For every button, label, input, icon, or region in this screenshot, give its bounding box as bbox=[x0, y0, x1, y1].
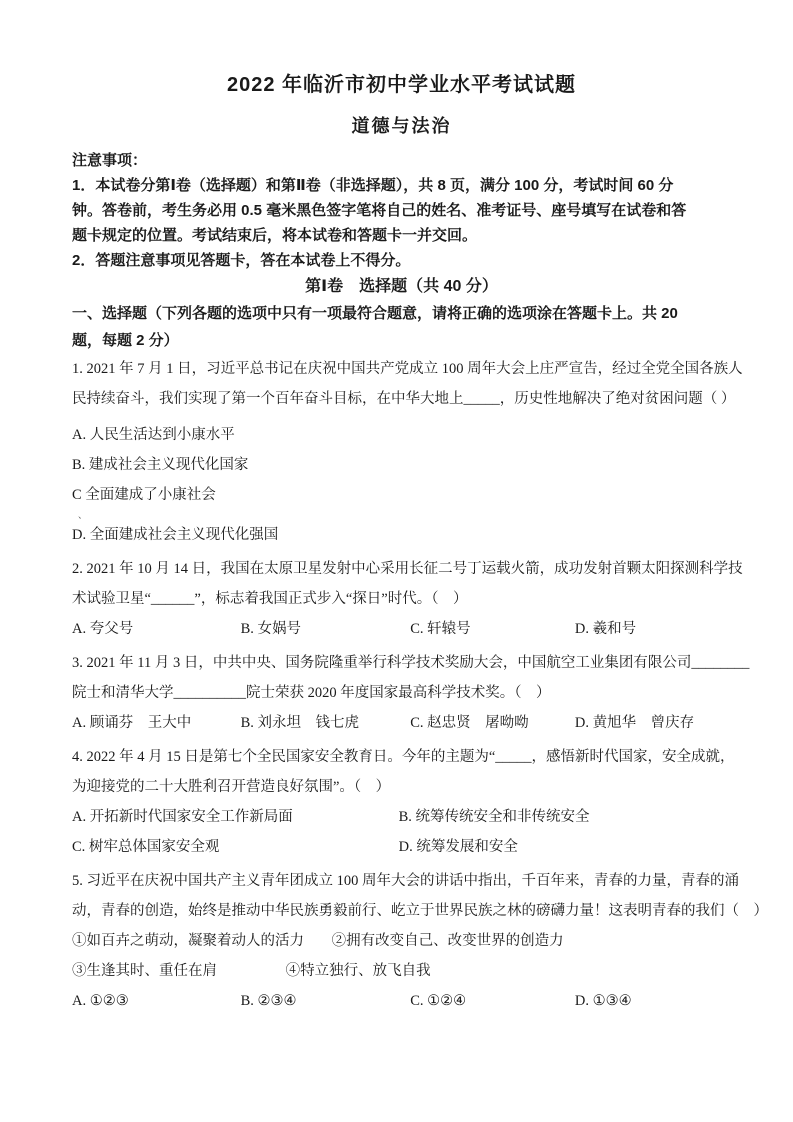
question-4-option-b: B. 统筹传统安全和非传统安全 bbox=[399, 802, 590, 832]
question-1-stem-line1: 1. 2021 年 7 月 1 日，习近平总书记在庆祝中国共产党成立 100 周… bbox=[72, 354, 731, 384]
question-2: 2. 2021 年 10 月 14 日，我国在太原卫星发射中心采用长征二号丁运载… bbox=[72, 554, 731, 644]
question-3-stem-line1: 3. 2021 年 11 月 3 日，中共中央、国务院隆重举行科学技术奖励大会，… bbox=[72, 648, 731, 678]
section1-heading: 第Ⅰ卷 选择题（共 40 分） bbox=[72, 276, 731, 298]
notice-item1-line1: 1．本试卷分第Ⅰ卷（选择题）和第Ⅱ卷（非选择题），共 8 页，满分 100 分，… bbox=[72, 173, 731, 198]
question-4-option-a: A. 开拓新时代国家安全工作新局面 bbox=[72, 802, 395, 832]
notice-section: 注意事项： 1．本试卷分第Ⅰ卷（选择题）和第Ⅱ卷（非选择题），共 8 页，满分 … bbox=[72, 148, 731, 273]
question-5-options-row: A. ①②③ B. ②③④ C. ①②④ D. ①③④ bbox=[72, 986, 731, 1016]
question-2-option-a: A. 夸父号 bbox=[72, 614, 237, 644]
question-4-stem-line2: 为迎接党的二十大胜利召开营造良好氛围”。（ ） bbox=[72, 772, 731, 802]
question-1: 1. 2021 年 7 月 1 日，习近平总书记在庆祝中国共产党成立 100 周… bbox=[72, 354, 731, 550]
page-subtitle: 道德与法治 bbox=[72, 114, 731, 138]
question-5-statements-row1: ①如百卉之萌动，凝聚着动人的活力 ②拥有改变自己、改变世界的创造力 bbox=[72, 926, 731, 956]
question-5-statements-row2: ③生逢其时、重任在肩 ④特立独行、放飞自我 bbox=[72, 956, 731, 986]
question-2-stem-line2: 术试验卫星“______”，标志着我国正式步入“探日”时代。（ ） bbox=[72, 584, 731, 614]
question-5-stem-line2: 动，青春的创造，始终是推动中华民族勇毅前行、屹立于世界民族之林的磅礴力量！这表明… bbox=[72, 896, 731, 926]
page-title: 2022 年临沂市初中学业水平考试试题 bbox=[72, 72, 731, 98]
question-4-options-row1: A. 开拓新时代国家安全工作新局面 B. 统筹传统安全和非传统安全 bbox=[72, 802, 731, 832]
section1-instruction: 一、选择题（下列各题的选项中只有一项最符合题意，请将正确的选项涂在答题卡上。共 … bbox=[72, 300, 731, 354]
question-2-options-row: A. 夸父号 B. 女娲号 C. 轩辕号 D. 羲和号 bbox=[72, 614, 731, 644]
question-5-option-c: C. ①②④ bbox=[410, 986, 571, 1016]
question-3-options-row: A. 顾诵芬 王大中 B. 刘永坦 钱七虎 C. 赵忠贤 屠呦呦 D. 黄旭华 … bbox=[72, 708, 731, 738]
stray-mark: 、 bbox=[72, 510, 731, 520]
notice-item1-line2: 钟。答卷前，考生务必用 0.5 毫米黑色签字笔将自己的姓名、准考证号、座号填写在… bbox=[72, 198, 731, 223]
question-5: 5. 习近平在庆祝中国共产主义青年团成立 100 周年大会的讲话中指出，千百年来… bbox=[72, 866, 731, 1016]
exam-page: 2022 年临沂市初中学业水平考试试题 道德与法治 注意事项： 1．本试卷分第Ⅰ… bbox=[0, 0, 793, 1122]
question-1-option-b: B. 建成社会主义现代化国家 bbox=[72, 450, 731, 480]
question-4: 4. 2022 年 4 月 15 日是第七个全民国家安全教育日。今年的主题为“_… bbox=[72, 742, 731, 862]
question-2-stem-line1: 2. 2021 年 10 月 14 日，我国在太原卫星发射中心采用长征二号丁运载… bbox=[72, 554, 731, 584]
question-5-stem-line1: 5. 习近平在庆祝中国共产主义青年团成立 100 周年大会的讲话中指出，千百年来… bbox=[72, 866, 731, 896]
question-1-option-a: A. 人民生活达到小康水平 bbox=[72, 420, 731, 450]
question-3-option-a: A. 顾诵芬 王大中 bbox=[72, 708, 237, 738]
instruction-line2: 题，每题 2 分） bbox=[72, 327, 731, 354]
question-3-option-d: D. 黄旭华 曾庆存 bbox=[575, 708, 694, 738]
question-2-option-b: B. 女娲号 bbox=[241, 614, 407, 644]
question-3-stem-line2: 院士和清华大学__________院士荣获 2020 年度国家最高科学技术奖。（… bbox=[72, 678, 731, 708]
question-2-option-c: C. 轩辕号 bbox=[410, 614, 571, 644]
questions-area: 1. 2021 年 7 月 1 日，习近平总书记在庆祝中国共产党成立 100 周… bbox=[72, 354, 731, 1016]
question-3: 3. 2021 年 11 月 3 日，中共中央、国务院隆重举行科学技术奖励大会，… bbox=[72, 648, 731, 738]
question-1-option-d: D. 全面建成社会主义现代化强国 bbox=[72, 520, 731, 550]
question-5-statement-4: ④特立独行、放飞自我 bbox=[286, 956, 431, 986]
question-4-stem-line1: 4. 2022 年 4 月 15 日是第七个全民国家安全教育日。今年的主题为“_… bbox=[72, 742, 731, 772]
notice-item2: 2．答题注意事项见答题卡，答在本试卷上不得分。 bbox=[72, 248, 731, 273]
question-5-option-d: D. ①③④ bbox=[575, 986, 632, 1016]
notice-item1-line3: 题卡规定的位置。考试结束后，将本试卷和答题卡一并交回。 bbox=[72, 223, 731, 248]
question-3-option-c: C. 赵忠贤 屠呦呦 bbox=[410, 708, 571, 738]
question-1-option-c: C 全面建成了小康社会 bbox=[72, 480, 731, 510]
question-5-statement-1: ①如百卉之萌动，凝聚着动人的活力 bbox=[72, 926, 328, 956]
question-2-option-d: D. 羲和号 bbox=[575, 614, 636, 644]
question-5-statement-2: ②拥有改变自己、改变世界的创造力 bbox=[332, 926, 564, 956]
question-4-option-c: C. 树牢总体国家安全观 bbox=[72, 832, 395, 862]
question-5-statement-3: ③生逢其时、重任在肩 bbox=[72, 956, 282, 986]
question-4-option-d: D. 统筹发展和安全 bbox=[399, 832, 518, 862]
notice-heading: 注意事项： bbox=[72, 148, 731, 173]
question-1-stem-line2: 民持续奋斗，我们实现了第一个百年奋斗目标，在中华大地上_____，历史性地解决了… bbox=[72, 384, 731, 414]
question-5-option-a: A. ①②③ bbox=[72, 986, 237, 1016]
question-5-option-b: B. ②③④ bbox=[241, 986, 407, 1016]
instruction-line1: 一、选择题（下列各题的选项中只有一项最符合题意，请将正确的选项涂在答题卡上。共 … bbox=[72, 300, 731, 327]
question-4-options-row2: C. 树牢总体国家安全观 D. 统筹发展和安全 bbox=[72, 832, 731, 862]
question-3-option-b: B. 刘永坦 钱七虎 bbox=[241, 708, 407, 738]
